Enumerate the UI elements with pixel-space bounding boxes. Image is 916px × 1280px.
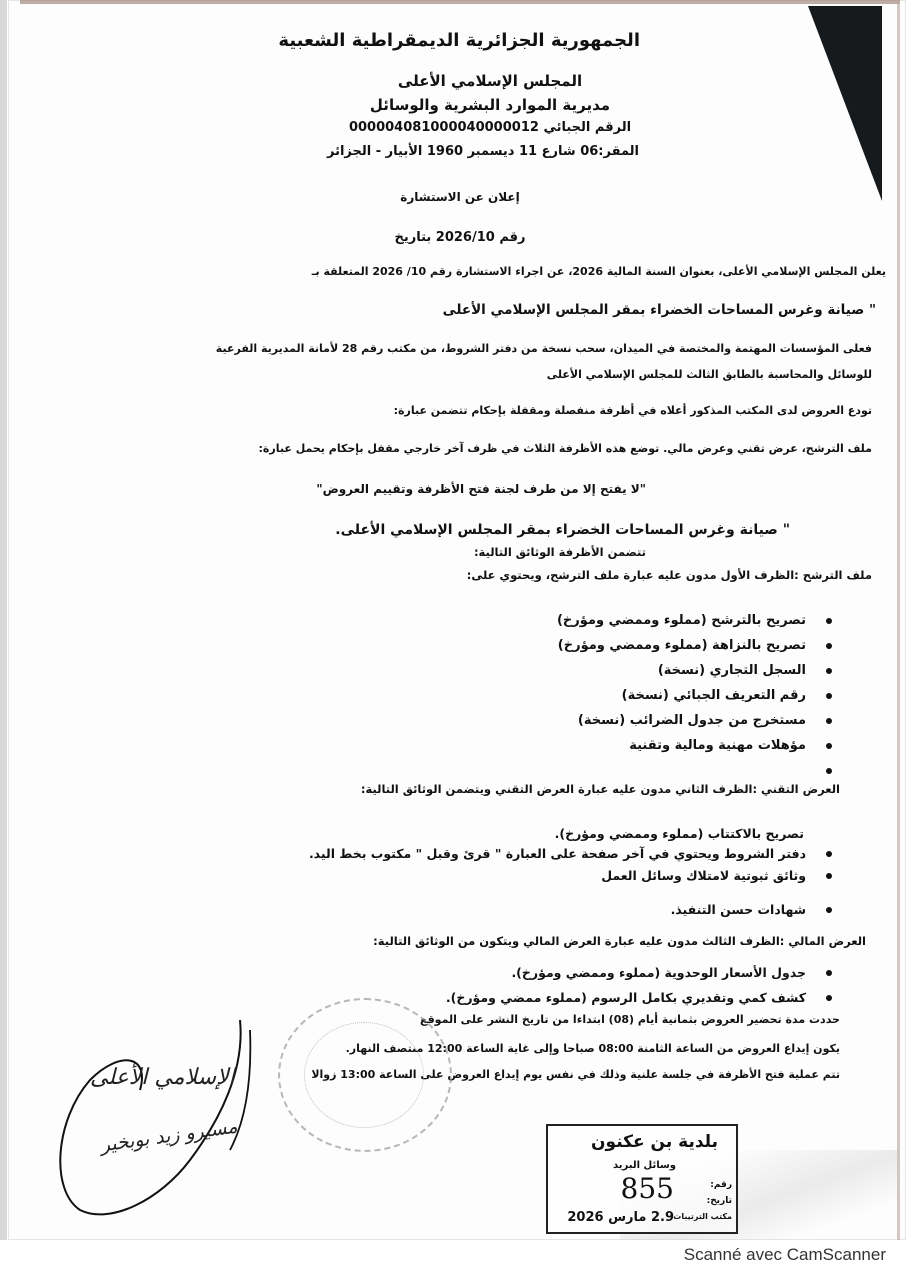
bullet-icon <box>826 907 832 913</box>
stamp-date-value: 2.9 مارس 2026 <box>567 1210 674 1225</box>
bullet-icon <box>826 873 832 879</box>
para3: ملف الترشح، عرض تقني وعرض مالي. توضع هذه… <box>259 442 873 455</box>
technical-heading: العرض التقني :الظرف الثاني مدون عليه عبا… <box>361 782 840 796</box>
financial-list: جدول الأسعار الوحدوية (مملوء وممضي ومؤرخ… <box>446 960 836 1010</box>
para1-line1: فعلى المؤسسات المهتمة والمختصة في الميدا… <box>216 342 872 355</box>
folded-corner-shadow <box>808 6 882 201</box>
bullet-icon <box>826 643 832 649</box>
para1-line2: للوسائل والمحاسبة بالطابق الثالث للمجلس … <box>547 368 872 381</box>
list-item: جدول الأسعار الوحدوية (مملوء وممضي ومؤرخ… <box>446 960 836 985</box>
technical-list: دفتر الشروط ويحتوي في آخر صفحة على العبا… <box>309 843 836 921</box>
financial-heading: العرض المالي :الظرف الثالث مدون عليه عبا… <box>373 934 866 948</box>
stamp-office-label: مكتب الترتيبات <box>673 1212 732 1221</box>
bullet-icon <box>826 718 832 724</box>
list-item: تصريح بالنزاهة (مملوء وممضي ومؤرخ) <box>557 633 836 658</box>
notice-number: رقم 2026/10 بتاريخ <box>380 230 540 245</box>
list-item: تصريح بالترشح (مملوء وممضي ومؤرخ) <box>557 608 836 633</box>
bullet-icon <box>826 851 832 857</box>
envelopes-intro: تتضمن الأظرفة الوثائق التالية: <box>474 545 646 559</box>
list-item: السجل التجاري (نسخة) <box>557 658 836 683</box>
republic-title: الجمهورية الجزائرية الديمقراطية الشعبية <box>320 30 640 51</box>
bullet-icon <box>826 768 832 774</box>
candidacy-heading: ملف الترشح :الظرف الأول مدون عليه عبارة … <box>467 568 872 582</box>
closing-line-1: حددت مدة تحضير العروض بثمانية أيام (08) … <box>420 1013 840 1026</box>
list-item: وثائق ثبوتية لامتلاك وسائل العمل <box>309 865 836 887</box>
bullet-icon <box>826 743 832 749</box>
bullet-icon <box>826 693 832 699</box>
list-item: كشف كمي وتقديري بكامل الرسوم (مملوء ممضي… <box>446 985 836 1010</box>
technical-first-item: تصريح بالاكتتاب (مملوء وممضي ومؤرخ). <box>555 826 804 841</box>
bullet-icon <box>826 668 832 674</box>
council-name: المجلس الإسلامي الأعلى <box>340 72 640 90</box>
page-edge-right <box>897 0 900 1240</box>
para2: تودع العروض لدى المكتب المذكور أعلاه في … <box>394 404 872 417</box>
scanner-footer: Scanné avec CamScanner <box>0 1240 916 1280</box>
bullet-icon <box>826 618 832 624</box>
stamp-office: وسائل البريد <box>613 1160 676 1171</box>
scanner-watermark: Scanné avec CamScanner <box>684 1245 886 1265</box>
stamp-date-label: تاريخ: <box>707 1196 732 1206</box>
page-edge-top <box>20 0 900 4</box>
reception-stamp: بلدية بن عكنون وسائل البريد رقم: 855 تار… <box>546 1124 738 1234</box>
list-item: مؤهلات مهنية ومالية وتقنية <box>557 733 836 758</box>
list-item: مستخرج من جدول الضرائب (نسخة) <box>557 708 836 733</box>
directorate-name: مديرية الموارد البشرية والوسائل <box>340 96 640 114</box>
intro-paragraph: يعلن المجلس الإسلامي الأعلى، بعنوان السن… <box>312 265 886 278</box>
stamp-municipality: بلدية بن عكنون <box>591 1132 718 1152</box>
official-round-stamp <box>278 998 452 1152</box>
candidacy-list: تصريح بالترشح (مملوء وممضي ومؤرخ) تصريح … <box>557 608 836 783</box>
list-item: رقم التعريف الجبائي (نسخة) <box>557 683 836 708</box>
bullet-icon <box>826 970 832 976</box>
bullet-icon <box>826 995 832 1001</box>
signature-icon <box>40 1010 300 1230</box>
stamp-inner-ring <box>304 1022 424 1128</box>
subject-line-2: " صيانة وغرس المساحات الخضراء بمقر المجل… <box>335 522 790 538</box>
quote-line: "لا يفتح إلا من طرف لجنة فتح الأظرفة وتق… <box>316 482 646 496</box>
list-item: شهادات حسن التنفيذ. <box>309 899 836 921</box>
notice-title: إعلان عن الاستشارة <box>380 190 540 204</box>
stamp-number-value: 855 <box>621 1172 674 1205</box>
page-edge-left <box>0 0 7 1240</box>
list-item <box>557 758 836 783</box>
list-item: دفتر الشروط ويحتوي في آخر صفحة على العبا… <box>309 843 836 865</box>
address: المقر:06 شارع 11 ديسمبر 1960 الأبيار - ا… <box>326 144 640 159</box>
stamp-number-label: رقم: <box>710 1180 732 1190</box>
subject-line: " صيانة وغرس المساحات الخضراء بمقر المجل… <box>443 302 876 318</box>
handwritten-title: الإسلامي الأعلى <box>90 1065 235 1090</box>
tax-id: الرقم الجبائي 000004081000040000012 <box>340 120 640 135</box>
